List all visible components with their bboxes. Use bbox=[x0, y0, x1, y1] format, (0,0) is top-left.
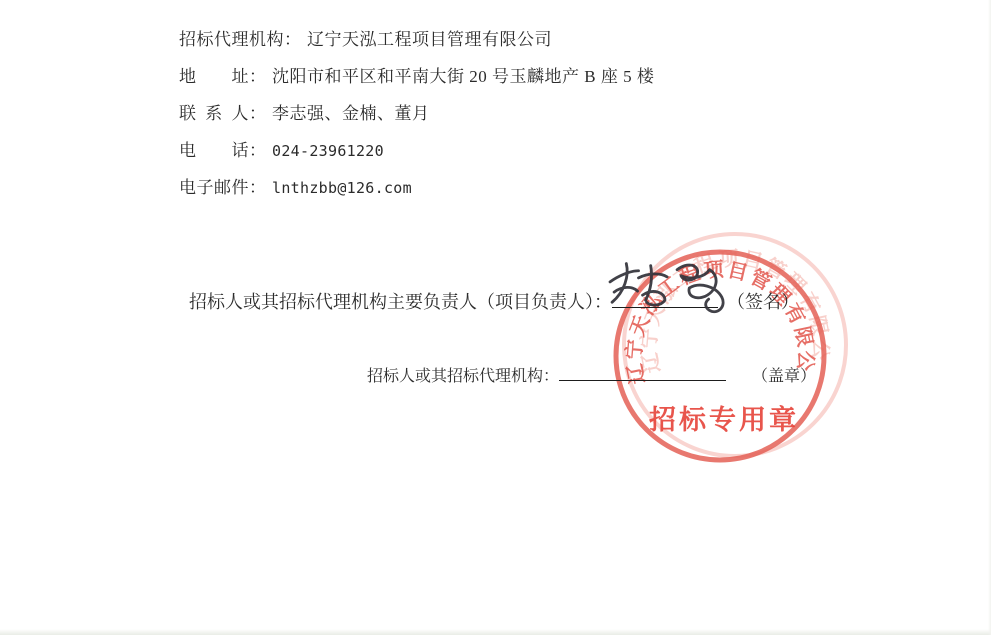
handwritten-signature bbox=[606, 255, 734, 319]
agency-info-block: 招标代理机构： 辽宁天泓工程项目管理有限公司 地址： 沈阳市和平区和平南大街 2… bbox=[179, 30, 654, 215]
stamp-row: 招标人或其招标代理机构：（盖章） bbox=[367, 367, 816, 387]
info-line-phone: 电话： 024-23961220 bbox=[179, 141, 654, 161]
address-label: 地址 bbox=[179, 67, 249, 87]
signature-suffix: （签名） bbox=[727, 292, 799, 312]
colon: ： bbox=[249, 67, 266, 87]
contacts-label: 联系人 bbox=[179, 104, 249, 124]
agency-value: 辽宁天泓工程项目管理有限公司 bbox=[307, 30, 552, 50]
contacts-value: 李志强、金楠、董月 bbox=[272, 104, 430, 124]
phone-label: 电话 bbox=[179, 141, 249, 161]
signature-row: 招标人或其招标代理机构主要负责人（项目负责人）： （签名） bbox=[189, 291, 799, 313]
colon: ： bbox=[249, 178, 266, 198]
stamp-row-label: 招标人或其招标代理机构： bbox=[367, 368, 559, 385]
phone-value: 024-23961220 bbox=[272, 141, 384, 161]
info-line-contacts: 联系人： 李志强、金楠、董月 bbox=[179, 104, 654, 124]
seal-bottom-text: 招标专用章 bbox=[649, 404, 799, 435]
address-value: 沈阳市和平区和平南大街 20 号玉麟地产 B 座 5 楼 bbox=[272, 67, 654, 87]
colon: ： bbox=[284, 30, 301, 50]
signature-blank-line bbox=[612, 293, 718, 308]
scanned-document-page: 辽宁天泓工程项目管理有限公司 辽宁天泓工程项目管理有限公司 招标专用章 招标代理… bbox=[0, 0, 991, 635]
email-label: 电子邮件 bbox=[179, 178, 249, 198]
signature-row-label: 招标人或其招标代理机构主要负责人（项目负责人）： bbox=[189, 292, 612, 312]
stamp-blank-line bbox=[559, 367, 726, 381]
email-value: lnthzbb@126.com bbox=[272, 178, 412, 198]
info-line-email: 电子邮件： lnthzbb@126.com bbox=[179, 178, 654, 198]
colon: ： bbox=[249, 104, 266, 124]
info-line-agency: 招标代理机构： 辽宁天泓工程项目管理有限公司 bbox=[179, 30, 654, 50]
agency-label: 招标代理机构 bbox=[179, 30, 284, 50]
info-line-address: 地址： 沈阳市和平区和平南大街 20 号玉麟地产 B 座 5 楼 bbox=[179, 67, 654, 87]
scan-edge-bottom bbox=[0, 629, 991, 635]
stamp-suffix: （盖章） bbox=[752, 368, 816, 385]
colon: ： bbox=[249, 141, 266, 161]
